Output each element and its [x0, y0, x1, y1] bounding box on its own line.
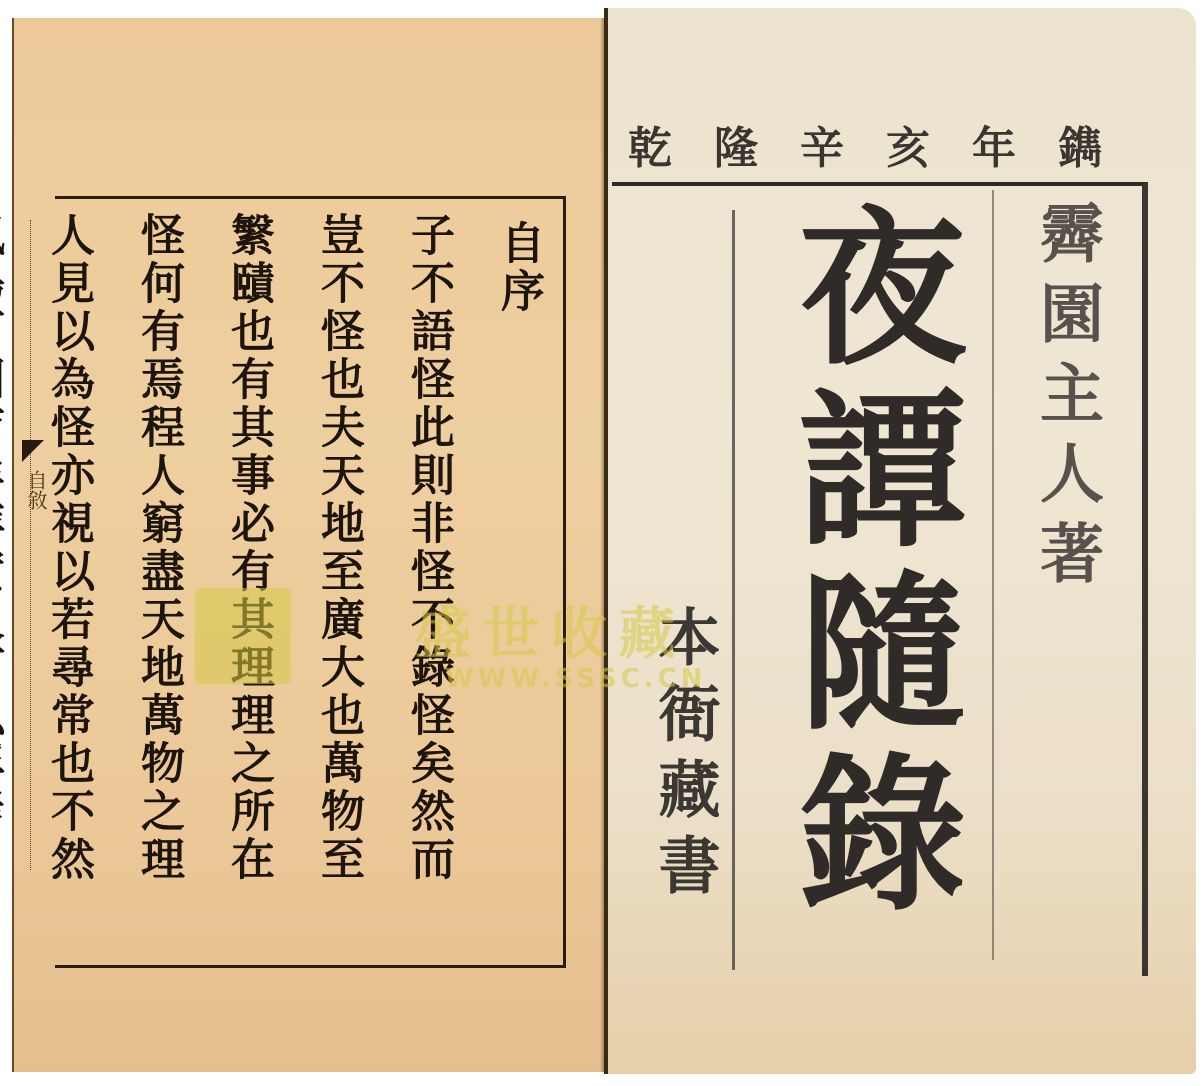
preface-column: 鳳鳥河圖商羊萍實又何以稱焉 [0, 212, 20, 962]
watermark-text: 盛世收藏 [415, 590, 687, 670]
frame-divider [992, 190, 994, 960]
edition-line: 乾隆辛亥年鐫 [616, 112, 1156, 176]
preface-column: 怪何有焉程人窮盡天地萬物之理 [116, 212, 200, 962]
author-line: 霽園主人著 [1020, 200, 1112, 600]
preface-column: 人見以為怪亦視以若尋常也不然 [26, 212, 110, 962]
watermark: 盛世收藏 WWW.SSSC.CN [195, 580, 735, 690]
watermark-url: WWW.SSSC.CN [445, 664, 706, 694]
open-book-photo: 自敘 自序 子不語怪此則非怪不錄怪矣然而 豈不怪也夫天地至廣大也萬物至 䌓賾也有… [0, 0, 1204, 1086]
watermark-seal-icon [195, 588, 291, 684]
book-title: 夜譚隨錄 [760, 200, 980, 928]
